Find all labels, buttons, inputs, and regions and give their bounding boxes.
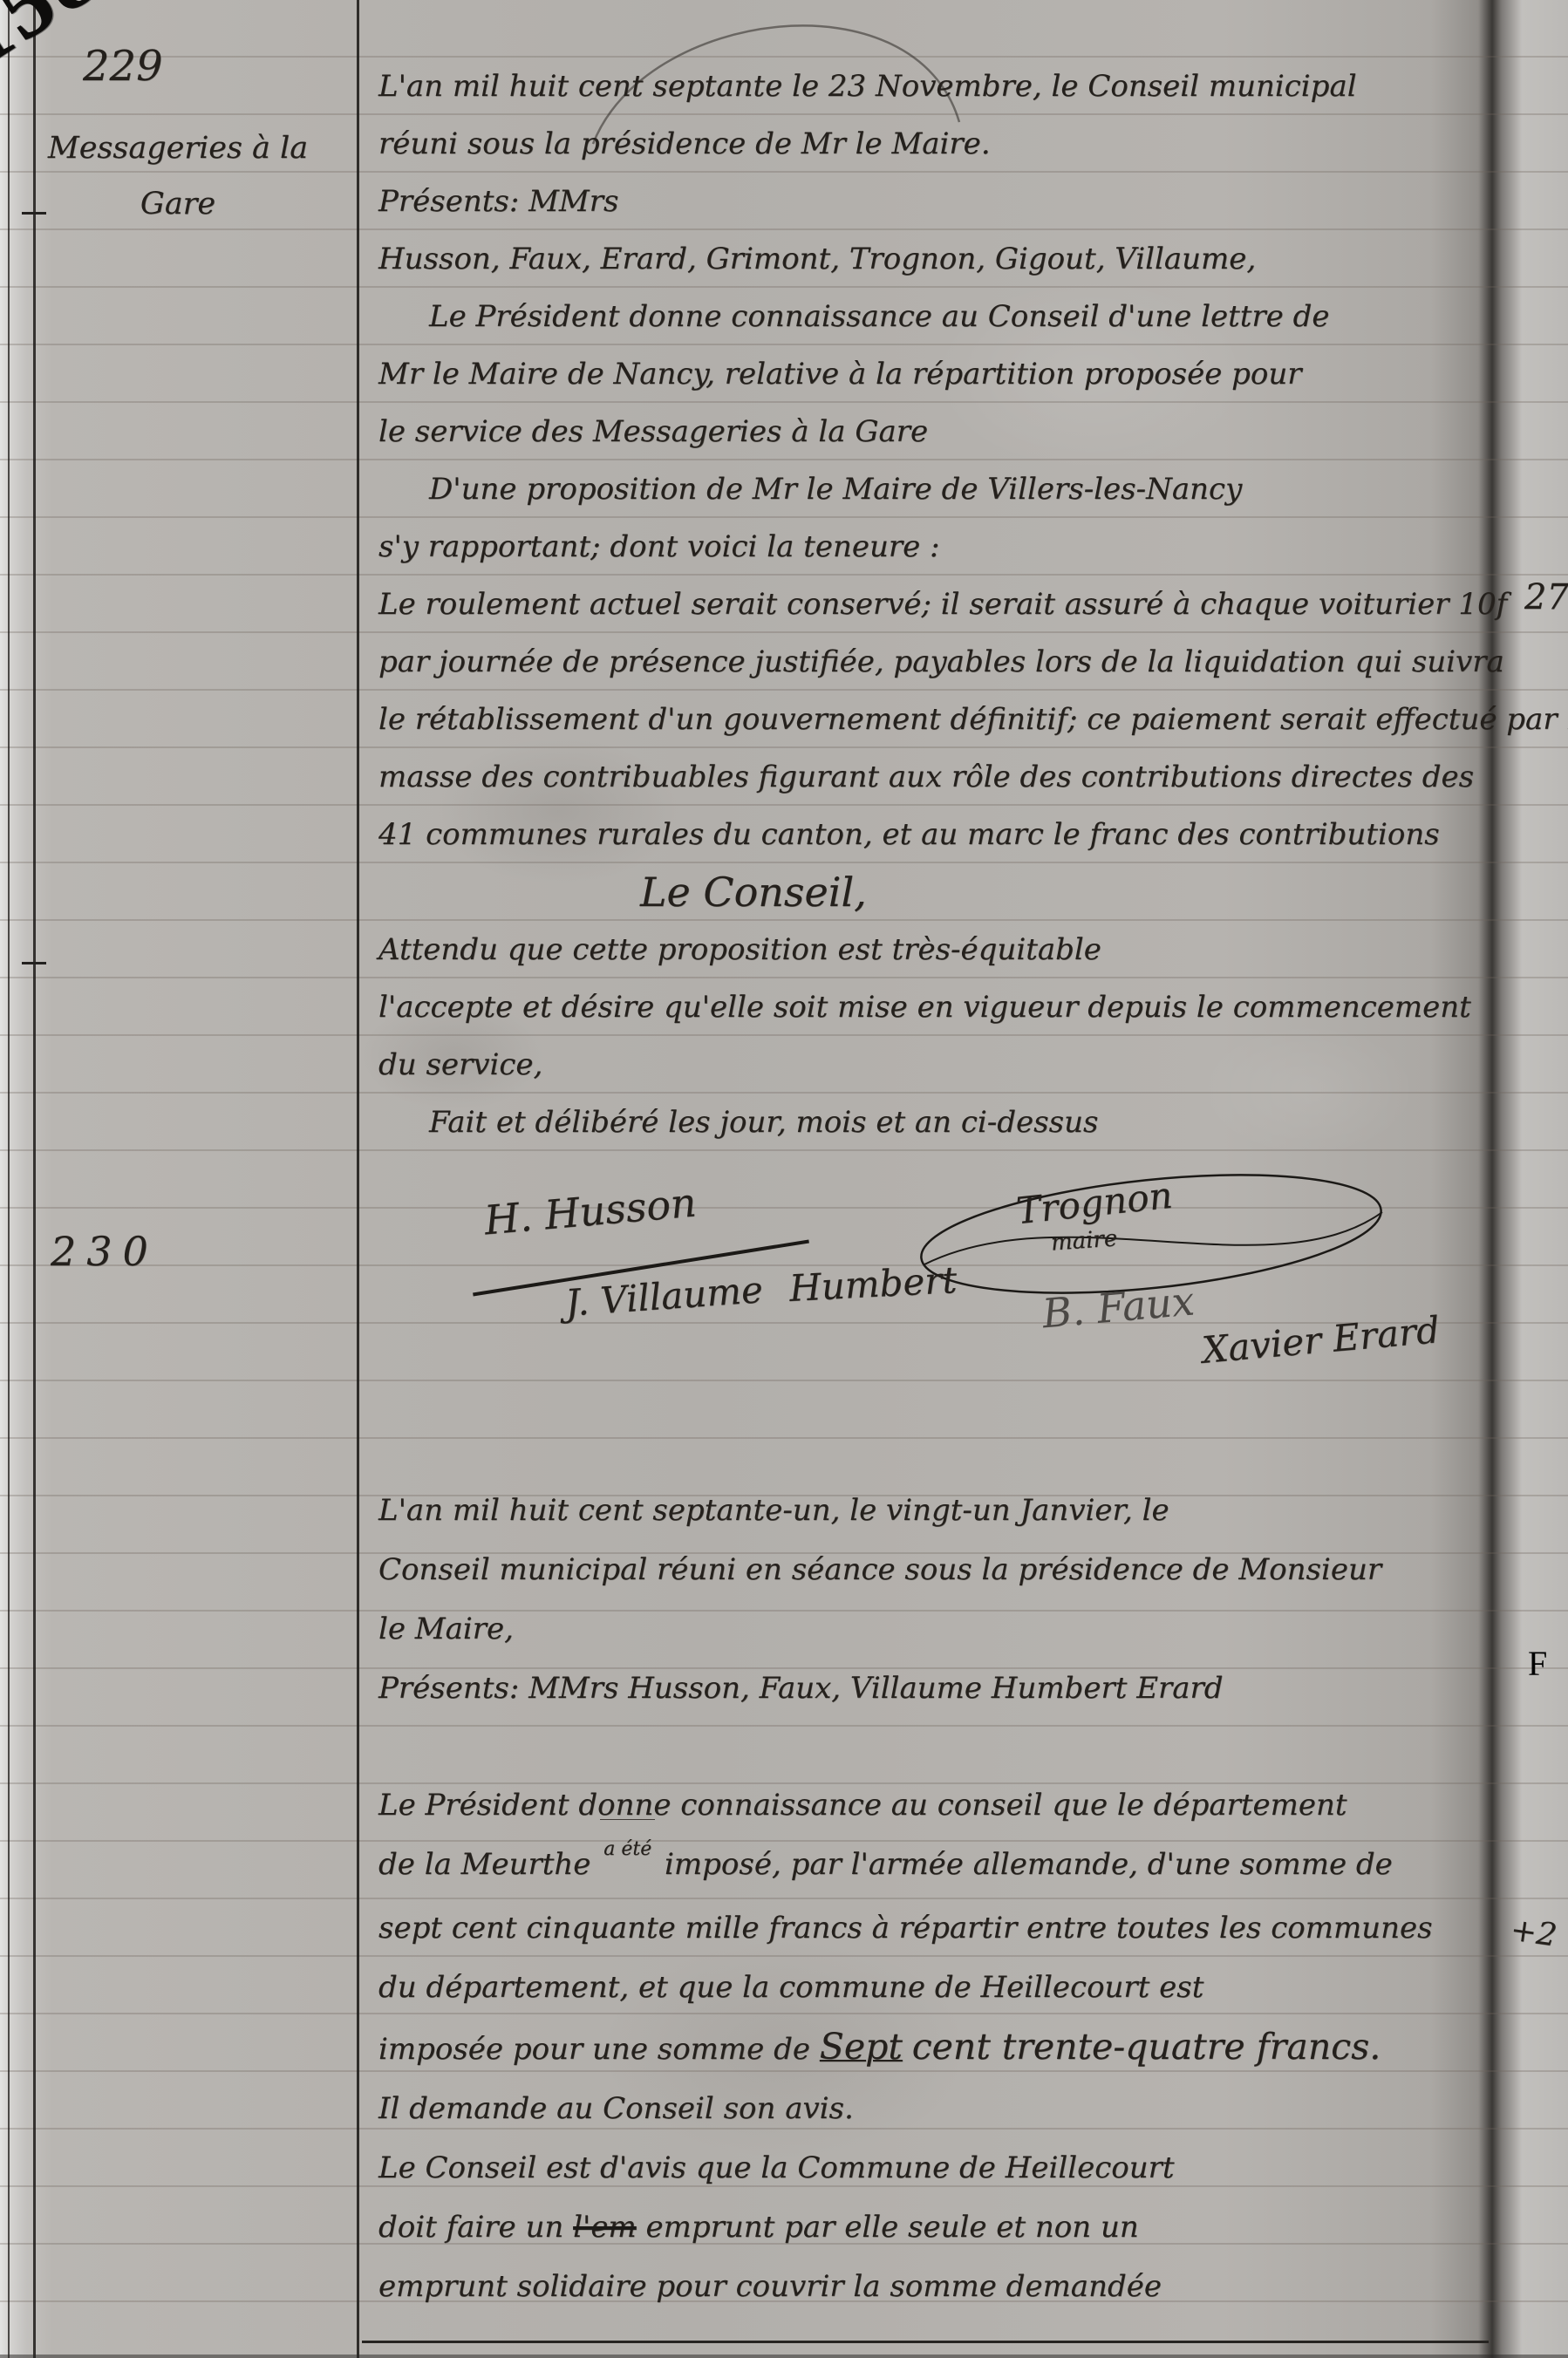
text-line: L'an mil huit cent septante le 23 Novemb…	[378, 58, 1503, 115]
margin-tick	[22, 962, 46, 964]
amount-text: cent trente-quatre francs.	[912, 2026, 1381, 2068]
text-line: Le Président donne connaissance au conse…	[378, 1775, 1503, 1835]
text-line: Le Conseil est d'avis que la Commune de …	[378, 2138, 1503, 2198]
deliberation-number-230: 230	[51, 1228, 159, 1275]
text-line: Husson, Faux, Erard, Grimont, Trognon, G…	[378, 230, 1503, 288]
text-line-with-amount: imposée pour une somme de Sept cent tren…	[378, 2017, 1503, 2079]
text-line: Fait et délibéré les jour, mois et an ci…	[378, 1094, 1503, 1151]
text-line: D'une proposition de Mr le Maire de Vill…	[378, 460, 1503, 518]
text-segment: imposé, par l'armée allemande, d'une som…	[665, 1847, 1393, 1882]
interlinear-insertion: a été	[600, 1819, 655, 1879]
text-segment: doit faire un	[378, 2210, 573, 2245]
text-line: le service des Messageries à la Gare	[378, 403, 1503, 460]
margin-subject-label: Messageries à la Gare	[21, 120, 335, 232]
text-line: Présents: MMrs Husson, Faux, Villaume Hu…	[378, 1659, 1503, 1718]
text-line: du département, et que la commune de Hei…	[378, 1958, 1503, 2017]
text-line: par journée de présence justifiée, payab…	[378, 633, 1503, 691]
page-bottom-edge	[362, 2341, 1489, 2343]
text-line: s'y rapportant; dont voici la teneure :	[378, 518, 1503, 576]
scan-bottom-edge	[0, 2355, 1568, 2358]
deliberation-230-text: Le Président donne connaissance au conse…	[378, 1775, 1503, 2316]
margin-subject-line2: Gare	[140, 187, 215, 221]
text-line: sept cent cinquante mille francs à répar…	[378, 1898, 1503, 1958]
scan-edge-line	[8, 0, 10, 2358]
text-line-with-strikethrough: doit faire un l'em emprunt par elle seul…	[378, 2198, 1503, 2257]
deliberation-229-text: L'an mil huit cent septante le 23 Novemb…	[378, 58, 1503, 1151]
adjacent-page-fragment: +2	[1508, 1912, 1558, 1954]
text-segment: imposée pour une somme de	[378, 2032, 820, 2067]
margin-rule-line	[357, 0, 359, 2358]
text-segment: de la Meurthe	[378, 1847, 590, 1882]
text-line: l'accepte et désire qu'elle soit mise en…	[378, 978, 1503, 1036]
adjacent-page-fragment: 27	[1524, 577, 1568, 617]
amount-emphasized: Sept	[820, 2026, 903, 2068]
le-conseil-heading: Le Conseil,	[378, 863, 1503, 921]
text-line: Mr le Maire de Nancy, relative à la répa…	[378, 345, 1503, 403]
left-margin-line	[33, 0, 36, 2358]
adjacent-page-fragment: F	[1528, 1643, 1547, 1684]
signature-humbert: Humbert	[788, 1258, 958, 1310]
text-line: Conseil municipal réuni en séance sous l…	[378, 1540, 1503, 1599]
text-line: le rétablissement d'un gouvernement défi…	[378, 691, 1503, 748]
text-line: Présents: MMrs	[378, 173, 1503, 230]
struck-out-word: l'em	[573, 2210, 637, 2245]
text-line: masse des contribuables figurant aux rôl…	[378, 748, 1503, 806]
text-line: Il demande au Conseil son avis.	[378, 2079, 1503, 2138]
register-page-scan: { "stamp": { "number": "1158" }, "margin…	[0, 0, 1568, 2358]
text-line: emprunt solidaire pour couvrir la somme …	[378, 2257, 1503, 2316]
text-line: le Maire,	[378, 1599, 1503, 1659]
text-line: réuni sous la présidence de Mr le Maire.	[378, 115, 1503, 173]
text-segment: emprunt par elle seule et non un	[646, 2210, 1139, 2245]
deliberation-230-opening: L'an mil huit cent septante-un, le vingt…	[378, 1481, 1503, 1718]
text-line: Le Président donne connaissance au Conse…	[378, 288, 1503, 345]
text-line: L'an mil huit cent septante-un, le vingt…	[378, 1481, 1503, 1540]
margin-subject-line1: Messageries à la	[48, 131, 308, 166]
text-line: Le roulement actuel serait conservé; il …	[378, 576, 1503, 633]
text-line: du service,	[378, 1036, 1503, 1094]
text-line: Attendu que cette proposition est très-é…	[378, 921, 1503, 978]
text-line-with-insertion: de la Meurthe a été imposé, par l'armée …	[378, 1835, 1503, 1898]
text-line: 41 communes rurales du canton, et au mar…	[378, 806, 1503, 863]
signature-husson: H. Husson	[482, 1178, 698, 1244]
signature-trognon-title: maire	[1050, 1225, 1118, 1256]
deliberation-number-229: 229	[83, 42, 163, 91]
